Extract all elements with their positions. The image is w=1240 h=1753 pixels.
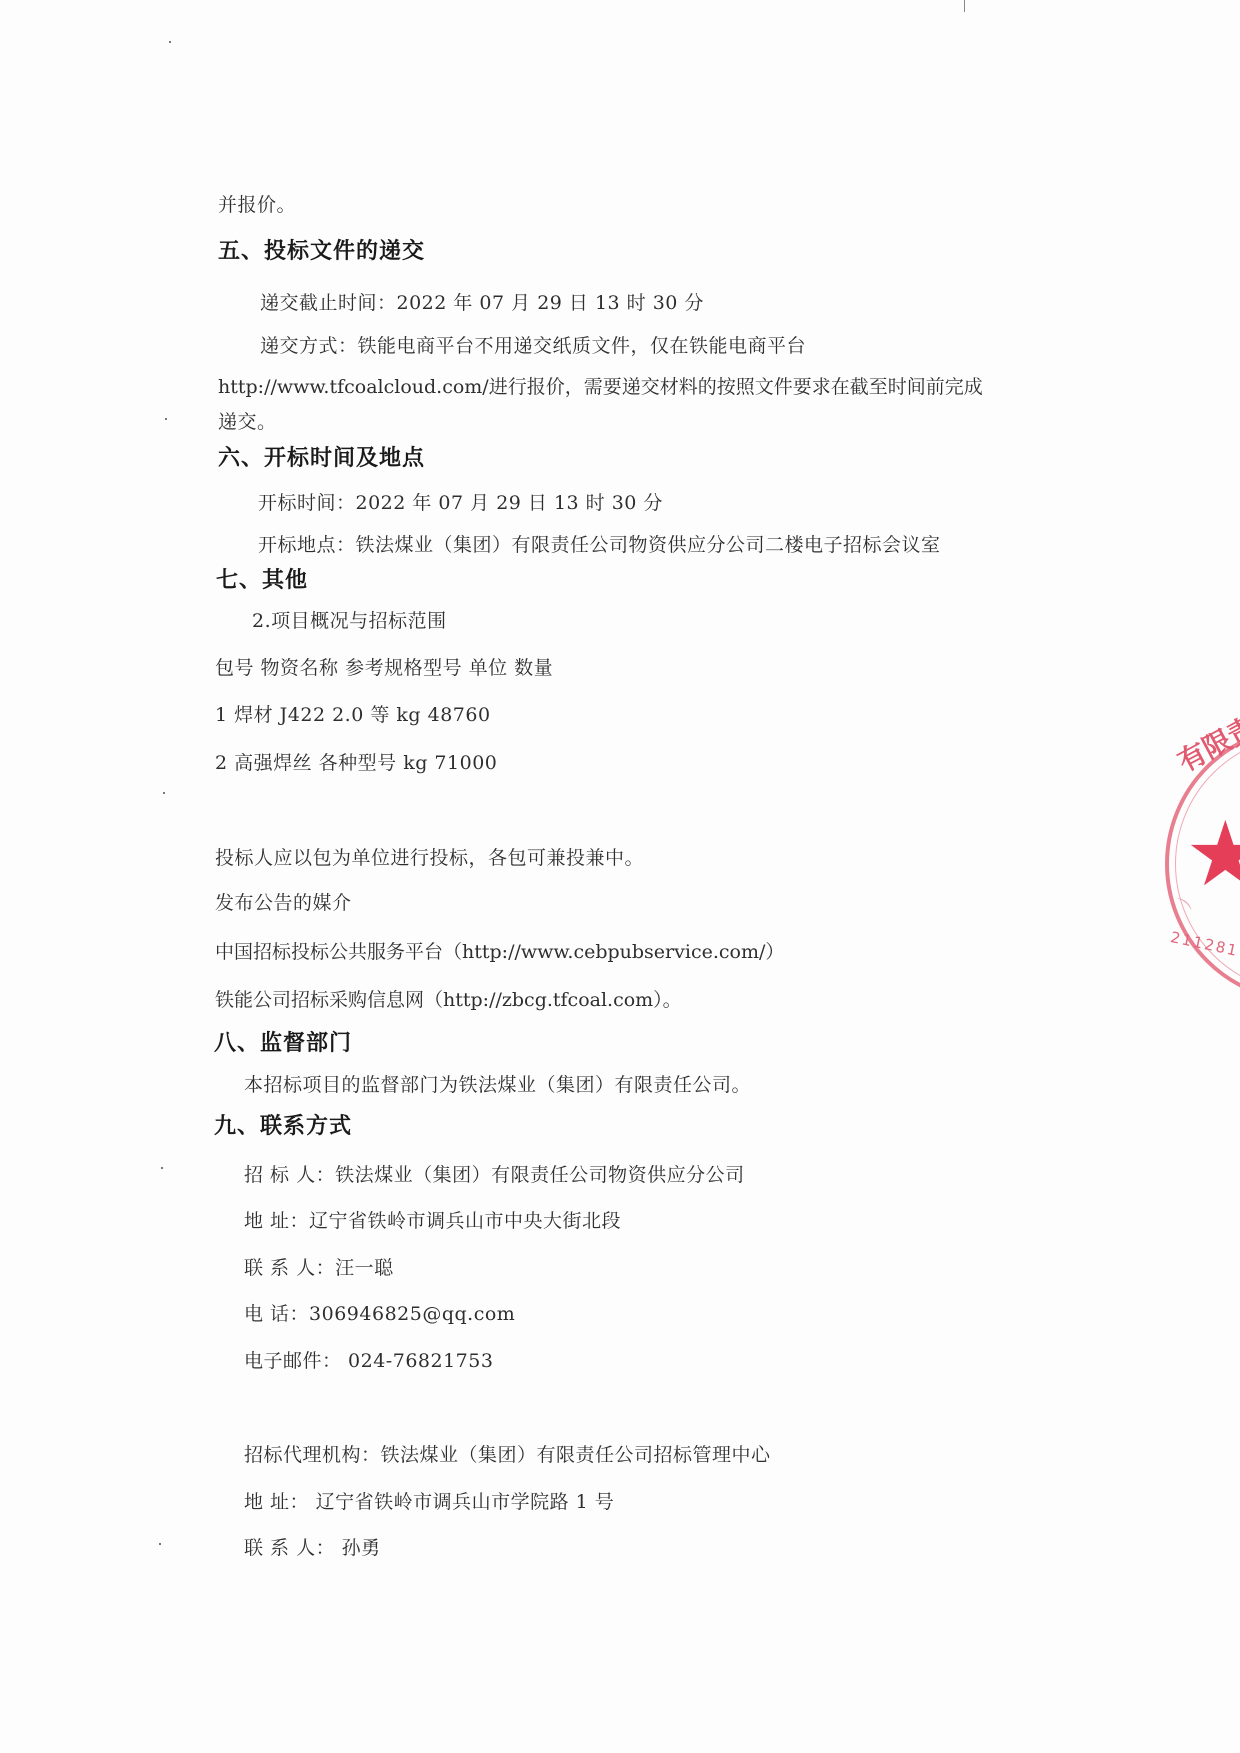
tenderer-name: 招 标 人：铁法煤业（集团）有限责任公司物资供应分公司	[244, 1163, 745, 1187]
section-heading-other: 七、其他	[216, 567, 308, 595]
tenderer-address: 地 址：辽宁省铁岭市调兵山市中央大街北段	[244, 1209, 621, 1233]
bidding-note: 投标人应以包为单位进行投标，各包可兼投兼中。	[215, 846, 644, 870]
section-heading-opening: 六、开标时间及地点	[218, 445, 425, 473]
agency-contact-person: 联 系 人： 孙勇	[244, 1536, 381, 1560]
opening-place: 开标地点：铁法煤业（集团）有限责任公司物资供应分公司二楼电子招标会议室	[258, 533, 941, 557]
media-link-cebpubservice: 中国招标投标公共服务平台（http://www.cebpubservice.co…	[215, 940, 784, 964]
project-overview-subheading: 2.项目概况与招标范围	[252, 609, 447, 633]
document-page: 并报价。 五、投标文件的递交 递交截止时间：2022 年 07 月 29 日 1…	[0, 0, 1240, 1753]
submission-method-line3: 递交。	[218, 410, 277, 434]
section-heading-submission: 五、投标文件的递交	[218, 238, 425, 266]
seal-star-icon: ★	[1185, 810, 1240, 900]
supervision-text: 本招标项目的监督部门为铁法煤业（集团）有限责任公司。	[244, 1073, 751, 1097]
submission-method-line1: 递交方式：铁能电商平台不用递交纸质文件，仅在铁能电商平台	[260, 334, 806, 358]
scan-mark	[163, 792, 165, 794]
opening-time: 开标时间：2022 年 07 月 29 日 13 时 30 分	[258, 491, 663, 515]
media-link-tfcoal: 铁能公司招标采购信息网（http://zbcg.tfcoal.com）。	[215, 988, 682, 1012]
scan-mark	[165, 418, 167, 420]
scan-mark	[161, 1167, 163, 1169]
tenderer-contact-person: 联 系 人：汪一聪	[244, 1256, 394, 1280]
section-heading-supervision: 八、监督部门	[214, 1030, 352, 1058]
submission-deadline: 递交截止时间：2022 年 07 月 29 日 13 时 30 分	[260, 291, 704, 315]
continuation-text: 并报价。	[218, 193, 296, 217]
materials-table-header: 包号 物资名称 参考规格型号 单位 数量	[215, 656, 553, 680]
scan-mark	[964, 0, 965, 12]
media-title: 发布公告的媒介	[215, 891, 352, 915]
tenderer-phone: 电 话：306946825@qq.com	[244, 1302, 515, 1326]
scan-mark	[159, 1543, 161, 1545]
agency-address: 地 址： 辽宁省铁岭市调兵山市学院路 1 号	[244, 1490, 614, 1514]
agency-name: 招标代理机构：铁法煤业（集团）有限责任公司招标管理中心	[244, 1443, 771, 1467]
scan-mark	[169, 41, 171, 43]
materials-table-row: 2 高强焊丝 各种型号 kg 71000	[215, 751, 497, 775]
submission-method-line2: http://www.tfcoalcloud.com/进行报价，需要递交材料的按…	[218, 375, 983, 399]
section-heading-contact: 九、联系方式	[214, 1113, 352, 1141]
materials-table-row: 1 焊材 J422 2.0 等 kg 48760	[215, 703, 491, 727]
tenderer-email: 电子邮件： 024-76821753	[244, 1349, 493, 1373]
